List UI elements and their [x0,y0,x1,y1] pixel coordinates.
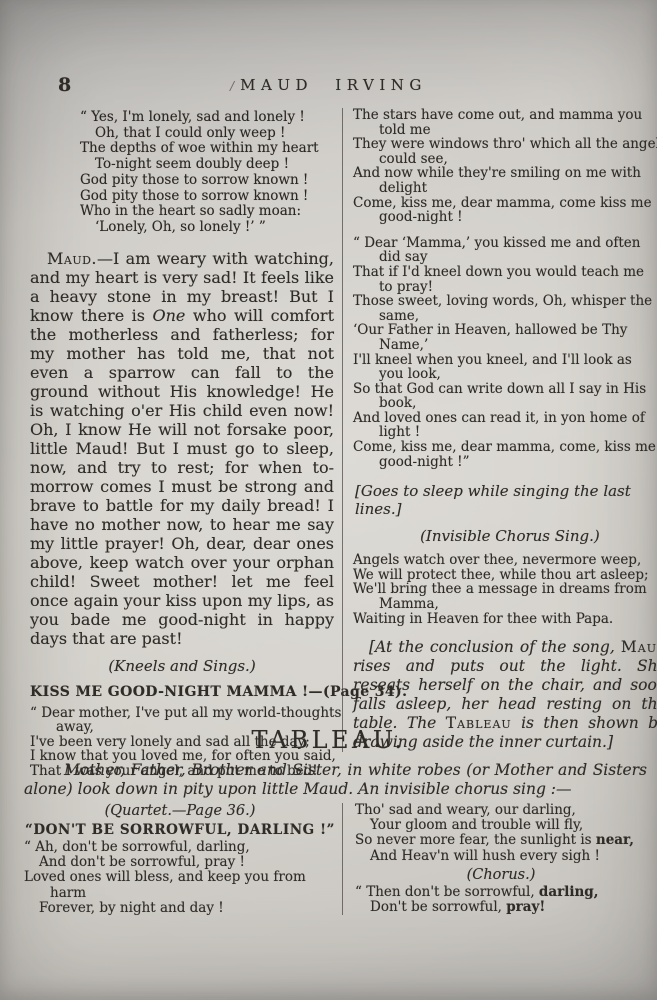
verse-line: The depths of woe within my heart [80,141,334,157]
page-number: 8 [58,74,71,96]
verse-line: Name,’ [379,338,657,353]
tho-sad-and-weary-verse: Tho' sad and weary, our darling,Your glo… [355,803,647,864]
verse-line: Your gloom and trouble will fly, [370,818,647,833]
stage-direction-sleep: [Goes to sleep while singing the last li… [355,482,657,518]
chorus-note: (Chorus.) [355,867,647,883]
verse-line: We'll bring thee a message in dreams fro… [353,582,657,597]
maud-speech: Maud.—I am weary with watching, and my h… [30,249,334,648]
right-column: The stars have come out, and mamma youto… [342,108,657,752]
verse-line: They were windows thro' which all the an… [353,137,657,152]
verse-line: We will protect thee, while thou art asl… [353,568,657,583]
verse-line: could see, [379,152,657,167]
verse-line: to pray! [379,280,657,295]
running-title-text: MAUD IRVING [240,76,427,94]
verse-line: Who in the heart so sadly moan: [80,204,334,220]
verse-line: same, [379,309,657,324]
verse-line: God pity those to sorrow known ! [80,173,334,189]
verse-line: The stars have come out, and mamma you [353,108,657,123]
verse-line: Waiting in Heaven for thee with Papa. [353,612,657,627]
verse-line: Don't be sorrowful, pray! [370,900,647,915]
verse-line: light ! [379,425,657,440]
invisible-chorus-heading: (Invisible Chorus Sing.) [353,527,657,545]
ink-mark: / [230,79,234,93]
verse-line: So that God can write down all I say in … [353,382,657,397]
opening-song-verse: “ Yes, I'm lonely, sad and lonely !Oh, t… [80,110,334,236]
song-stanza-2: “ Dear ‘Mamma,’ you kissed me and oftend… [353,236,657,470]
verse-line: That if I'd kneel down you would teach m… [353,265,657,280]
verse-line: Come, kiss me, dear mamma, come kiss me [353,196,657,211]
verse-line: “ Ah, don't be sorrowful, darling, [24,840,336,855]
song-stanza-1: The stars have come out, and mamma youto… [353,108,657,225]
verse-line: I'll kneel when you kneel, and I'll look… [353,353,657,368]
speech-text: —I am weary with watching, and my heart … [30,249,334,648]
verse-line: Loved ones will bless, and keep you from [24,870,336,885]
speaker-label: Maud. [47,249,97,268]
two-column-body: “ Yes, I'm lonely, sad and lonely !Oh, t… [30,108,649,779]
verse-line: delight [379,181,657,196]
verse-line: ‘Lonely, Oh, so lonely !’ ” [95,220,334,236]
verse-line: So never more fear, the sunlight is near… [355,833,647,848]
tableau-intro: Mother, Father, Brother and Sister, in w… [24,761,647,798]
verse-line: good-night ! [379,210,657,225]
song-title-dont-be-sorrowful: “DON'T BE SORROWFUL, DARLING !” [24,822,336,838]
verse-line: told me [379,123,657,138]
verse-line: “ Yes, I'm lonely, sad and lonely ! [80,110,334,126]
verse-line: And don't be sorrowful, pray ! [39,855,336,870]
then-dont-be-sorrowful-verse: “ Then don't be sorrowful, darling,Don't… [355,885,647,915]
verse-line: And now while they're smiling on me with [353,166,657,181]
tableau-columns: (Quartet.—Page 36.) “DON'T BE SORROWFUL,… [24,803,647,916]
scanned-book-page: 8 /MAUD IRVING “ Yes, I'm lonely, sad an… [0,0,657,1000]
verse-line: book, [379,396,657,411]
verse-line: harm [50,886,336,901]
quartet-note: (Quartet.—Page 36.) [24,803,336,819]
verse-line: Oh, that I could only weep ! [95,126,334,142]
tableau-right-column: Tho' sad and weary, our darling,Your glo… [342,803,647,915]
stage-direction-kneels: (Kneels and Sings.) [30,657,334,675]
verse-line: ‘Our Father in Heaven, hallowed be Thy [353,323,657,338]
verse-line: And Heav'n will hush every sigh ! [370,849,647,864]
verse-line: did say [379,250,657,265]
running-title: /MAUD IRVING [0,72,657,94]
left-column: “ Yes, I'm lonely, sad and lonely !Oh, t… [30,108,342,779]
verse-line: “ Dear mother, I've put all my world-tho… [30,706,334,721]
verse-line: “ Dear ‘Mamma,’ you kissed me and often [353,236,657,251]
tableau-section: TABLEAU. Mother, Father, Brother and Sis… [24,726,647,916]
verse-line: “ Then don't be sorrowful, darling, [355,885,647,900]
verse-line: Tho' sad and weary, our darling, [355,803,647,818]
verse-line: Angels watch over thee, nevermore weep, [353,553,657,568]
verse-line: Forever, by night and day ! [39,901,336,916]
song-title-kiss-me-goodnight: KISS ME GOOD-NIGHT MAMMA !—(Page 34). [30,684,334,700]
verse-line: And loved ones can read it, in yon home … [353,411,657,426]
tableau-heading: TABLEAU. [24,726,633,754]
verse-line: Mamma, [379,597,657,612]
verse-line: Come, kiss me, dear mamma, come, kiss me [353,440,657,455]
verse-line: To-night seem doubly deep ! [95,157,334,173]
page-header: 8 /MAUD IRVING [0,72,657,98]
verse-line: Those sweet, loving words, Oh, whisper t… [353,294,657,309]
dont-be-sorrowful-verse: “ Ah, don't be sorrowful, darling,And do… [24,840,336,916]
verse-line: God pity those to sorrow known ! [80,189,334,205]
chorus-verse: Angels watch over thee, nevermore weep,W… [353,553,657,626]
verse-line: good-night !” [379,455,657,470]
verse-line: you look, [379,367,657,382]
tableau-left-column: (Quartet.—Page 36.) “DON'T BE SORROWFUL,… [24,803,342,916]
